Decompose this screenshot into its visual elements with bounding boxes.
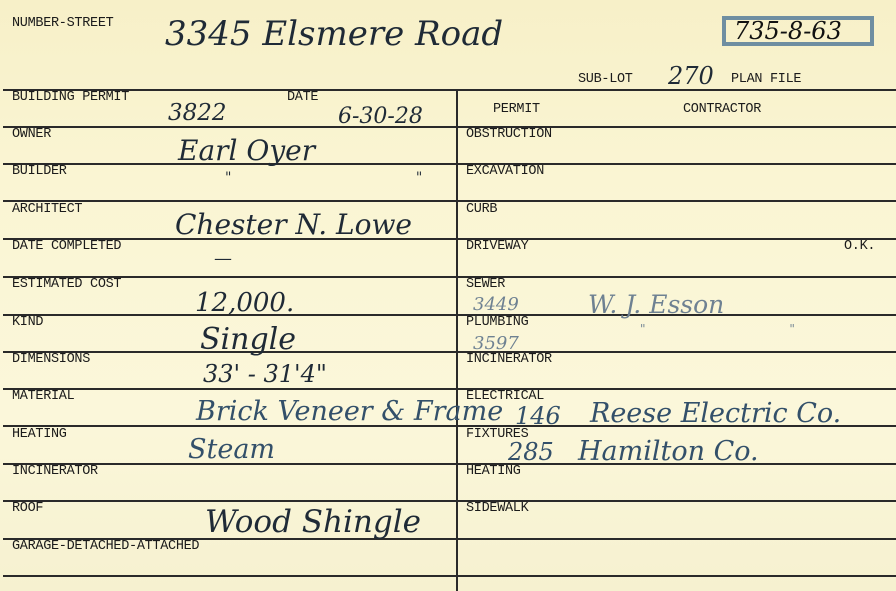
roof-value: Wood Shingle xyxy=(205,504,421,540)
contractor-header: CONTRACTOR xyxy=(683,102,761,117)
rule-line xyxy=(3,89,896,91)
plumbing-contractor-value: " " xyxy=(640,322,865,336)
sewer-label: SEWER xyxy=(466,277,505,292)
date-completed-value: — xyxy=(214,248,232,269)
rule-line xyxy=(3,500,896,502)
rule-line xyxy=(3,163,896,165)
building-permit-value: 3822 xyxy=(168,100,227,126)
rule-line xyxy=(3,463,896,465)
architect-value: Chester N. Lowe xyxy=(175,208,412,241)
garage-label: GARAGE-DETACHED-ATTACHED xyxy=(12,539,199,554)
date-value: 6-30-28 xyxy=(338,104,423,129)
rule-line xyxy=(3,238,896,240)
sub-lot-label: SUB-LOT xyxy=(578,72,633,87)
curb-label: CURB xyxy=(466,202,497,217)
dimensions-value: 33' - 31'4" xyxy=(203,360,327,388)
rule-line xyxy=(3,388,896,390)
building-permit-card: NUMBER-STREET 3345 Elsmere Road 735-8-63… xyxy=(0,0,896,591)
material-label: MATERIAL xyxy=(12,389,74,404)
file-number: 735-8-63 xyxy=(734,17,842,45)
obstruction-label: OBSTRUCTION xyxy=(466,127,552,142)
material-value: Brick Veneer & Frame xyxy=(196,396,503,427)
sewer-contractor-value: W. J. Esson xyxy=(588,290,724,319)
kind-label: KIND xyxy=(12,315,43,330)
plumbing-permit-value: 3597 xyxy=(473,333,519,354)
permit-header: PERMIT xyxy=(493,102,540,117)
driveway-contractor: O.K. xyxy=(844,239,875,254)
excavation-label: EXCAVATION xyxy=(466,164,544,179)
estimated-cost-value: 12,000. xyxy=(195,288,294,318)
sidewalk-label: SIDEWALK xyxy=(466,501,528,516)
heating-label: HEATING xyxy=(12,427,67,442)
rule-line xyxy=(3,314,896,316)
building-permit-label: BUILDING PERMIT xyxy=(12,90,129,105)
electrical-contractor-value: Reese Electric Co. xyxy=(590,398,841,429)
date-label: DATE xyxy=(287,90,318,105)
owner-label: OWNER xyxy=(12,127,51,142)
kind-value: Single xyxy=(200,322,296,357)
plan-file-label: PLAN FILE xyxy=(731,72,801,87)
heating-value: Steam xyxy=(188,434,275,465)
rule-line xyxy=(3,276,896,278)
architect-label: ARCHITECT xyxy=(12,202,82,217)
driveway-label: DRIVEWAY xyxy=(466,239,528,254)
number-street-label: NUMBER-STREET xyxy=(12,16,113,31)
address-value: 3345 Elsmere Road xyxy=(165,14,503,54)
builder-label: BUILDER xyxy=(12,164,67,179)
owner-value: Earl Oyer xyxy=(178,134,315,167)
rule-line xyxy=(3,575,896,577)
rule-line xyxy=(3,351,896,353)
electrical-permit-value: 146 xyxy=(515,402,561,430)
rule-line xyxy=(3,200,896,202)
sub-lot-value: 270 xyxy=(668,62,714,90)
incinerator-label: INCINERATOR xyxy=(12,464,98,479)
fixtures-permit-value: 285 xyxy=(508,438,554,466)
incinerator-permit-label: INCINERATOR xyxy=(466,352,552,367)
date-completed-label: DATE COMPLETED xyxy=(12,239,121,254)
heating-permit-label: HEATING xyxy=(466,464,521,479)
fixtures-contractor-value: Hamilton Co. xyxy=(578,436,759,467)
plumbing-label: PLUMBING xyxy=(466,315,528,330)
column-divider xyxy=(456,89,458,591)
estimated-cost-label: ESTIMATED COST xyxy=(12,277,121,292)
roof-label: ROOF xyxy=(12,501,43,516)
rule-line xyxy=(3,126,896,128)
sewer-permit-value: 3449 xyxy=(473,294,519,315)
file-number-box: 735-8-63 xyxy=(722,16,874,46)
dimensions-label: DIMENSIONS xyxy=(12,352,90,367)
